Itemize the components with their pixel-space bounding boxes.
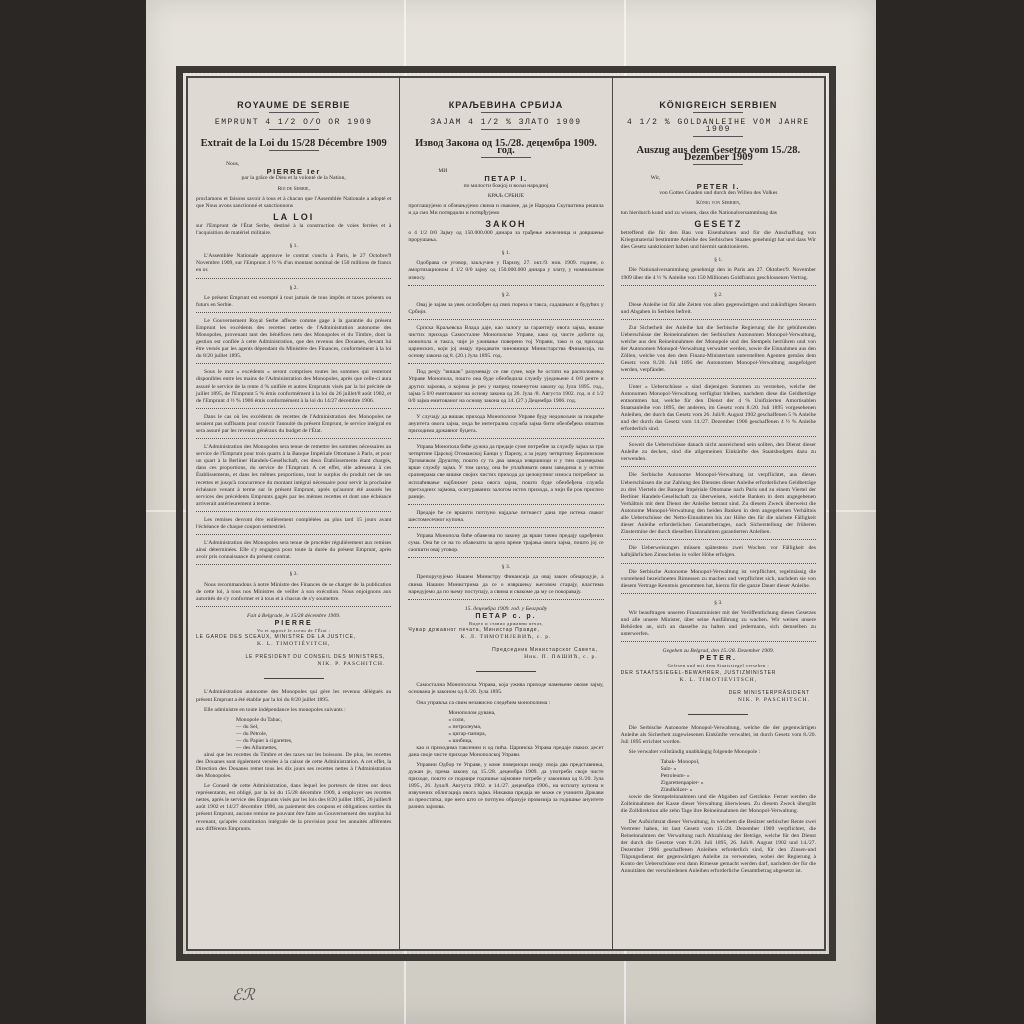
king-name: PIERRE Ier xyxy=(196,168,391,175)
seal-note: Видео и ставио државни печат, xyxy=(408,620,603,627)
justice-minister-title: Чувар државног печата, Министар Правде, xyxy=(408,627,603,634)
monopoly-item: Zigarettenpapier- » xyxy=(661,780,816,787)
law-extract-title: Auszug aus dem Gesetze vom 15./28. Dezem… xyxy=(621,147,816,161)
monopolies-list: Monopole du Tabac,— du Sel,— du Pétrole,… xyxy=(196,717,391,752)
section-paragraph: Овај је зајам за увек ослобођен од свих … xyxy=(408,302,603,316)
grace-line: von Gottes Gnaden und durch den Willen d… xyxy=(621,190,816,197)
monopoly-item: — du Sel, xyxy=(236,724,391,731)
proclamation: проглашујемо и обзнањујемо свима и свако… xyxy=(408,203,603,217)
section-paragraph: Die Nationalversammlung genehmigt den in… xyxy=(621,267,816,281)
section-paragraph: Les remises devront être entièrement com… xyxy=(196,517,391,531)
president-name: NIK. P. PASCHITSCH. xyxy=(621,697,816,704)
ornament-divider xyxy=(481,112,531,113)
signature-date: Gegeben zu Belgrad, den 15./28. Dezember… xyxy=(621,648,816,655)
loan-title: 4 1/2 % GOLDANLEIHE VOM JAHRE 1909 xyxy=(621,119,816,133)
monopoly-item: » цигар-папира, xyxy=(448,731,603,738)
dotted-separator xyxy=(196,511,391,512)
monopoly-item: Tabak- Monopol, xyxy=(661,759,816,766)
loan-title: ЗАЈАМ 4 1/2 % ЗЛАТО 1909 xyxy=(408,119,603,126)
dotted-separator xyxy=(621,563,816,564)
dotted-separator xyxy=(196,534,391,535)
monopoly-item: » петролеума, xyxy=(448,724,603,731)
dotted-separator xyxy=(408,285,603,286)
column-serbian: КРАЉЕВИНА СРБИЈА ЗАЈАМ 4 1/2 % ЗЛАТО 190… xyxy=(399,78,611,949)
president-name: NIK. P. PASCHITCH. xyxy=(196,661,391,668)
dotted-separator xyxy=(196,363,391,364)
monopoly-item: Monopole du Tabac, xyxy=(236,717,391,724)
ornament-divider xyxy=(693,136,743,137)
section-paragraph: Zur Sicherheit der Anleihe hat die Serbi… xyxy=(621,325,816,375)
loan-title: EMPRUNT 4 1/2 O/O OR 1909 xyxy=(196,119,391,126)
kingdom-header: КРАЉЕВИНА СРБИЈА xyxy=(408,102,603,109)
annex-intro: Самостална Монополска Управа, која ужива… xyxy=(408,682,603,696)
section-mark: § 3. xyxy=(408,564,603,571)
monopoly-item: » шибица, xyxy=(448,738,603,745)
seal-note: Gelesen und mit dem Staatssiegel versehe… xyxy=(621,662,816,669)
section-mark: § 3. xyxy=(621,600,816,607)
dotted-separator xyxy=(621,593,816,594)
section-paragraph: L'Assemblée Nationale approuve le contra… xyxy=(196,253,391,274)
dotted-separator xyxy=(408,363,603,364)
dotted-separator xyxy=(408,438,603,439)
president-name: Ник. П. ПАШИЋ, с. р. xyxy=(408,654,603,661)
separator-line xyxy=(688,714,748,715)
dotted-separator xyxy=(621,378,816,379)
monopoly-item: — du Papier à cigarettes, xyxy=(236,738,391,745)
section-paragraph: Dans le cas où les excédents de recettes… xyxy=(196,414,391,435)
kingdom-header: ROYAUME DE SERBIE xyxy=(196,102,391,109)
section-paragraph: Soweit die Ueberschüsse danach nicht aus… xyxy=(621,442,816,463)
ornament-divider xyxy=(269,129,319,130)
section-paragraph: L'Administration des Monopoles sera tenu… xyxy=(196,540,391,561)
justice-minister-name: K. L. TIMOTIEVITSCH, xyxy=(621,677,816,684)
ornament-divider xyxy=(269,150,319,151)
monopolies-intro: Sie verwaltet vollständig unabhängig fol… xyxy=(621,749,816,756)
monopolies-intro: Она управља са свим независно следећим м… xyxy=(408,700,603,707)
proclamation: proclamons et faisons savoir à tous et à… xyxy=(196,196,391,210)
section-paragraph: Sous le mot « excédents » seront compris… xyxy=(196,369,391,404)
dotted-separator xyxy=(408,408,603,409)
section-paragraph: Die Serbische Autonome Monopol-Verwaltun… xyxy=(621,472,816,536)
section-paragraph: Одобрава се уговор, закључен у Паризу, 2… xyxy=(408,260,603,281)
section-paragraph: Die Ueberweisungen müssen spätestens zwe… xyxy=(621,545,816,559)
section-paragraph: Препоручујемо Нашем Министру Финансија д… xyxy=(408,574,603,595)
section-paragraph: Wir beauftragen unseren Finanzminister m… xyxy=(621,610,816,638)
law-heading: GESETZ xyxy=(621,221,816,228)
signature-king: PETER. xyxy=(621,655,816,662)
king-name: ПЕТАР I. xyxy=(408,175,603,182)
dotted-separator xyxy=(196,564,391,565)
president-title: DER MINISTERPRÄSIDENT xyxy=(621,690,816,697)
law-sections: § 1.Die Nationalversammlung genehmigt de… xyxy=(621,257,816,642)
president-title: LE PRÉSIDENT DU CONSEIL DES MINISTRES, xyxy=(196,654,391,661)
monopolies-list: Монополом дувана,» соли,» петролеума,» ц… xyxy=(408,710,603,745)
kingdom-header: KÖNIGREICH SERBIEN xyxy=(621,102,816,109)
dotted-separator xyxy=(621,641,816,642)
dotted-separator xyxy=(621,539,816,540)
annex-intro: L'Administration autonome des Monopoles … xyxy=(196,689,391,703)
dotted-separator xyxy=(196,408,391,409)
justice-minister-title: DER STAATSSIEGEL-BEWAHRER, JUSTIZMINISTE… xyxy=(621,670,816,677)
law-heading: ЗАКОН xyxy=(408,221,603,228)
handwritten-initials: ℰℛ xyxy=(232,985,254,1004)
dotted-separator xyxy=(408,599,603,600)
king-title: König von Serbien, xyxy=(621,200,816,207)
law-description: о 4 1/2 0/0 Зајму од 150.000.000 динара … xyxy=(408,230,603,244)
king-title: КРАЉ СРБИЈЕ xyxy=(408,193,603,200)
monopolies-intro: Elle administre en toute indépendance le… xyxy=(196,707,391,714)
separator-line xyxy=(264,678,324,679)
section-mark: § 2. xyxy=(408,292,603,299)
grace-line: par la grâce de Dieu et la volonté de la… xyxy=(196,175,391,182)
dotted-separator xyxy=(196,606,391,607)
separator-line xyxy=(476,671,536,672)
ornament-divider xyxy=(693,164,743,165)
annex-paragraph: Управни Одбор те Управе, у коме повериоц… xyxy=(408,762,603,812)
dotted-separator xyxy=(408,504,603,505)
law-sections: § 1.Одобрава се уговор, закључен у Париз… xyxy=(408,250,603,599)
dotted-separator xyxy=(621,436,816,437)
column-german: KÖNIGREICH SERBIEN 4 1/2 % GOLDANLEIHE V… xyxy=(612,78,824,949)
section-paragraph: Die Serbische Autonome Monopol-Verwaltun… xyxy=(621,569,816,590)
law-heading: LA LOI xyxy=(196,214,391,221)
ornament-divider xyxy=(269,112,319,113)
law-extract-title: Extrait de la Loi du 15/28 Décembre 1909 xyxy=(196,140,391,147)
columns-container: ROYAUME DE SERBIE EMPRUNT 4 1/2 O/O OR 1… xyxy=(186,76,826,951)
law-description: sur l'Emprunt de l'État Serbe, destiné à… xyxy=(196,223,391,237)
section-paragraph: L'Administration des Monopoles sera tenu… xyxy=(196,444,391,508)
section-mark: § 1. xyxy=(621,257,816,264)
dotted-separator xyxy=(621,319,816,320)
section-paragraph: Управа Монопола биће обавезна по закону … xyxy=(408,533,603,554)
grace-line: по милости божјој и вољи народној xyxy=(408,183,603,190)
monopoly-item: — des Allumettes, xyxy=(236,745,391,752)
section-paragraph: Le présent Emprunt est exempté à tout ja… xyxy=(196,295,391,309)
king-name: PETER I. xyxy=(621,183,816,190)
section-paragraph: Le Gouvernement Royal Serbe affecte comm… xyxy=(196,318,391,361)
section-paragraph: Diese Anleihe ist für alle Zeiten von al… xyxy=(621,302,816,316)
law-extract-title: Извод Закона од 15./28. децембра 1909. г… xyxy=(408,140,603,154)
dotted-separator xyxy=(196,438,391,439)
seal-note: Vu et apposé le sceau de l'État : xyxy=(196,627,391,634)
monopoly-item: — du Pétrole, xyxy=(236,731,391,738)
monopoly-item: Монополом дувана, xyxy=(448,710,603,717)
section-paragraph: Unter « Ueberschüsse » sind diejenigen S… xyxy=(621,384,816,434)
section-mark: § 2. xyxy=(621,292,816,299)
section-paragraph: У случају да вишак прихода Монополске Уп… xyxy=(408,414,603,435)
justice-minister-name: K. L. TIMOTIÉVITCH, xyxy=(196,641,391,648)
ornament-divider xyxy=(693,112,743,113)
monopoly-item: Salz- » xyxy=(661,766,816,773)
monopoly-item: Petroleum- » xyxy=(661,773,816,780)
annex-paragraph: као и приходима таксеним и од пића. Цари… xyxy=(408,745,603,759)
dotted-separator xyxy=(621,285,816,286)
signature-king: PIERRE xyxy=(196,620,391,627)
section-mark: § 1. xyxy=(196,243,391,250)
section-paragraph: Управа Монопола биће дужна да предаје су… xyxy=(408,444,603,501)
law-description: betreffend die für den Bau von Eisenbahn… xyxy=(621,230,816,251)
ornament-divider xyxy=(481,157,531,158)
monopoly-item: » соли, xyxy=(448,717,603,724)
signature-king: ПЕТАР с. р. xyxy=(408,613,603,620)
ornamental-border: ROYAUME DE SERBIE EMPRUNT 4 1/2 O/O OR 1… xyxy=(176,66,836,961)
section-paragraph: Nous recommandons à notre Ministre des F… xyxy=(196,582,391,603)
annex-paragraph: Le Conseil de cette Administration, dans… xyxy=(196,783,391,833)
section-mark: § 2. xyxy=(196,285,391,292)
annex-intro: Die Serbische Autonome Monopol-Verwaltun… xyxy=(621,725,816,746)
section-paragraph: Српска Краљевска Влада даје, као залогу … xyxy=(408,325,603,360)
proclamation: tun hierdurch kund und zu wissen, dass d… xyxy=(621,210,816,217)
signature-date: 15. децембра 1909. год. у Београду xyxy=(408,606,603,613)
dotted-separator xyxy=(621,466,816,467)
section-paragraph: Предаје ће се вршити потпуно најдаље пет… xyxy=(408,510,603,524)
dotted-separator xyxy=(196,312,391,313)
section-paragraph: Под речју "вишак" разумевају се све суме… xyxy=(408,369,603,404)
signature-date: Fait à Belgrade, le 15/28 décembre 1909. xyxy=(196,613,391,620)
annex-paragraph: sowie die Stempeleinnahmen und die Abgab… xyxy=(621,794,816,815)
annex-paragraph: Der Aufsichtsrat dieser Verwaltung, in w… xyxy=(621,819,816,876)
dotted-separator xyxy=(408,557,603,558)
dotted-separator xyxy=(196,278,391,279)
law-sections: § 1.L'Assemblée Nationale approuve le co… xyxy=(196,243,391,607)
column-french: ROYAUME DE SERBIE EMPRUNT 4 1/2 O/O OR 1… xyxy=(188,78,399,949)
president-title: Председник Министарског Савета, xyxy=(408,647,603,654)
annex-paragraph: ainsi que les recettes du Timbre et des … xyxy=(196,752,391,780)
monopolies-list: Tabak- Monopol,Salz- »Petroleum- »Zigare… xyxy=(621,759,816,794)
section-mark: § 3. xyxy=(196,571,391,578)
king-title: Roi de Serbie, xyxy=(196,186,391,193)
section-mark: § 1. xyxy=(408,250,603,257)
dotted-separator xyxy=(408,319,603,320)
ornament-divider xyxy=(481,129,531,130)
justice-minister-name: К. Л. ТИМОТИЈЕВИЋ, с. р. xyxy=(408,634,603,641)
dotted-separator xyxy=(408,527,603,528)
